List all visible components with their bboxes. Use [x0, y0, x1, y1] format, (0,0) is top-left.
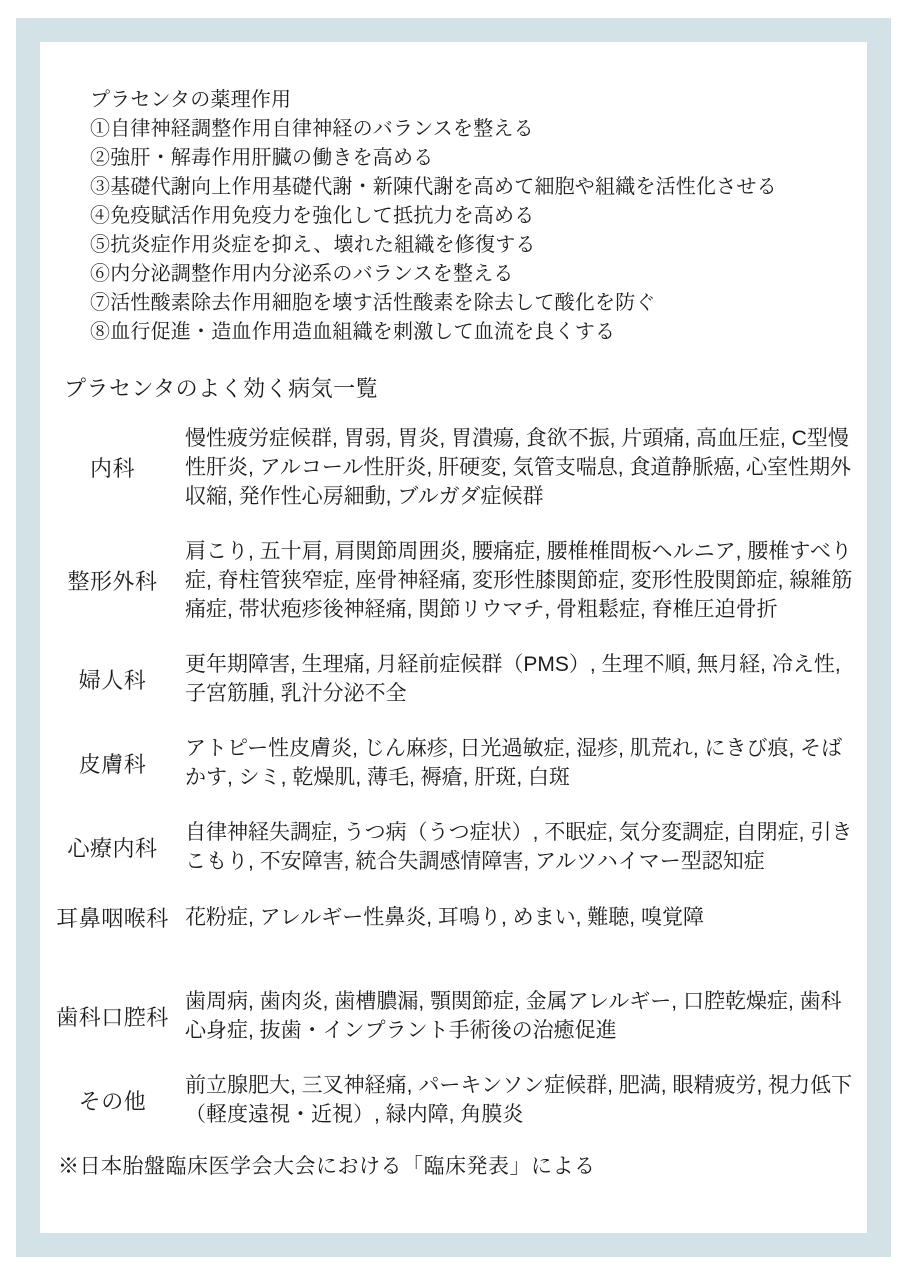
pharmacology-item-3: ③基礎代謝向上作用基礎代謝・新陳代謝を高めて細胞や組織を活性化させる: [90, 173, 777, 202]
diseases-text: 花粉症, アレルギー性鼻炎, 耳鳴り, めまい, 難聴, 嗅覚障: [185, 903, 867, 932]
table-row-shikakokuka: 歯科口腔科 歯周病, 歯肉炎, 歯槽膿漏, 顎関節症, 金属アレルギー, 口腔乾…: [40, 987, 867, 1045]
table-row-sonota: その他 前立腺肥大, 三叉神経痛, パーキンソン症候群, 肥満, 眼精疲労, 視…: [40, 1071, 867, 1129]
table-row-fujinka: 婦人科 更年期障害, 生理痛, 月経前症候群（PMS）, 生理不順, 無月経, …: [40, 650, 867, 708]
category-label: 歯科口腔科: [40, 1001, 185, 1032]
diseases-text: 歯周病, 歯肉炎, 歯槽膿漏, 顎関節症, 金属アレルギー, 口腔乾燥症, 歯科…: [185, 987, 867, 1045]
content-frame: プラセンタの薬理作用 ①自律神経調整作用自律神経のバランスを整える ②強肝・解毒…: [16, 18, 891, 1257]
pharmacology-item-2: ②強肝・解毒作用肝臓の働きを高める: [90, 144, 777, 173]
disease-list-title: プラセンタのよく効く病気一覧: [64, 372, 378, 403]
category-label: 皮膚科: [40, 748, 185, 779]
category-label: 内科: [40, 452, 185, 483]
diseases-text: 自律神経失調症, うつ病（うつ症状）, 不眠症, 気分変調症, 自閉症, 引きこ…: [185, 818, 867, 876]
pharmacology-item-6: ⑥内分泌調整作用内分泌系のバランスを整える: [90, 260, 777, 289]
diseases-text: 肩こり, 五十肩, 肩関節周囲炎, 腰痛症, 腰椎椎間板ヘルニア, 腰椎すべり症…: [185, 537, 867, 624]
pharmacology-item-7: ⑦活性酸素除去作用細胞を壊す活性酸素を除去して酸化を防ぐ: [90, 289, 777, 318]
category-label: その他: [40, 1085, 185, 1116]
pharmacology-item-1: ①自律神経調整作用自律神経のバランスを整える: [90, 115, 777, 144]
pharmacology-item-4: ④免疫賦活作用免疫力を強化して抵抗力を高める: [90, 202, 777, 231]
table-row-seikeigeka: 整形外科 肩こり, 五十肩, 肩関節周囲炎, 腰痛症, 腰椎椎間板ヘルニア, 腰…: [40, 537, 867, 624]
table-row-shinryonaika: 心療内科 自律神経失調症, うつ病（うつ症状）, 不眠症, 気分変調症, 自閉症…: [40, 818, 867, 876]
footnote: ※日本胎盤臨床医学会大会における「臨床発表」による: [58, 1150, 596, 1180]
table-row-naika: 内科 慢性疲労症候群, 胃弱, 胃炎, 胃潰瘍, 食欲不振, 片頭痛, 高血圧症…: [40, 424, 867, 511]
category-label: 心療内科: [40, 832, 185, 863]
category-label: 整形外科: [40, 565, 185, 596]
diseases-text: 前立腺肥大, 三叉神経痛, パーキンソン症候群, 肥満, 眼精疲労, 視力低下（…: [185, 1071, 867, 1129]
category-label: 婦人科: [40, 664, 185, 695]
table-row-jibiinkoka: 耳鼻咽喉科 花粉症, アレルギー性鼻炎, 耳鳴り, めまい, 難聴, 嗅覚障: [40, 902, 867, 933]
table-row-hifuka: 皮膚科 アトピー性皮膚炎, じん麻疹, 日光過敏症, 湿疹, 肌荒れ, にきび痕…: [40, 734, 867, 792]
diseases-text: アトピー性皮膚炎, じん麻疹, 日光過敏症, 湿疹, 肌荒れ, にきび痕, そば…: [185, 734, 867, 792]
pharmacology-title: プラセンタの薬理作用: [90, 86, 777, 115]
diseases-text: 慢性疲労症候群, 胃弱, 胃炎, 胃潰瘍, 食欲不振, 片頭痛, 高血圧症, C…: [185, 424, 867, 511]
pharmacology-item-5: ⑤抗炎症作用炎症を抑え、壊れた組織を修復する: [90, 231, 777, 260]
category-label: 耳鼻咽喉科: [40, 902, 185, 933]
pharmacology-item-8: ⑧血行促進・造血作用造血組織を刺激して血流を良くする: [90, 318, 777, 347]
disease-table: 内科 慢性疲労症候群, 胃弱, 胃炎, 胃潰瘍, 食欲不振, 片頭痛, 高血圧症…: [40, 424, 867, 1129]
diseases-text: 更年期障害, 生理痛, 月経前症候群（PMS）, 生理不順, 無月経, 冷え性,…: [185, 650, 867, 708]
pharmacology-section: プラセンタの薬理作用 ①自律神経調整作用自律神経のバランスを整える ②強肝・解毒…: [90, 86, 777, 347]
